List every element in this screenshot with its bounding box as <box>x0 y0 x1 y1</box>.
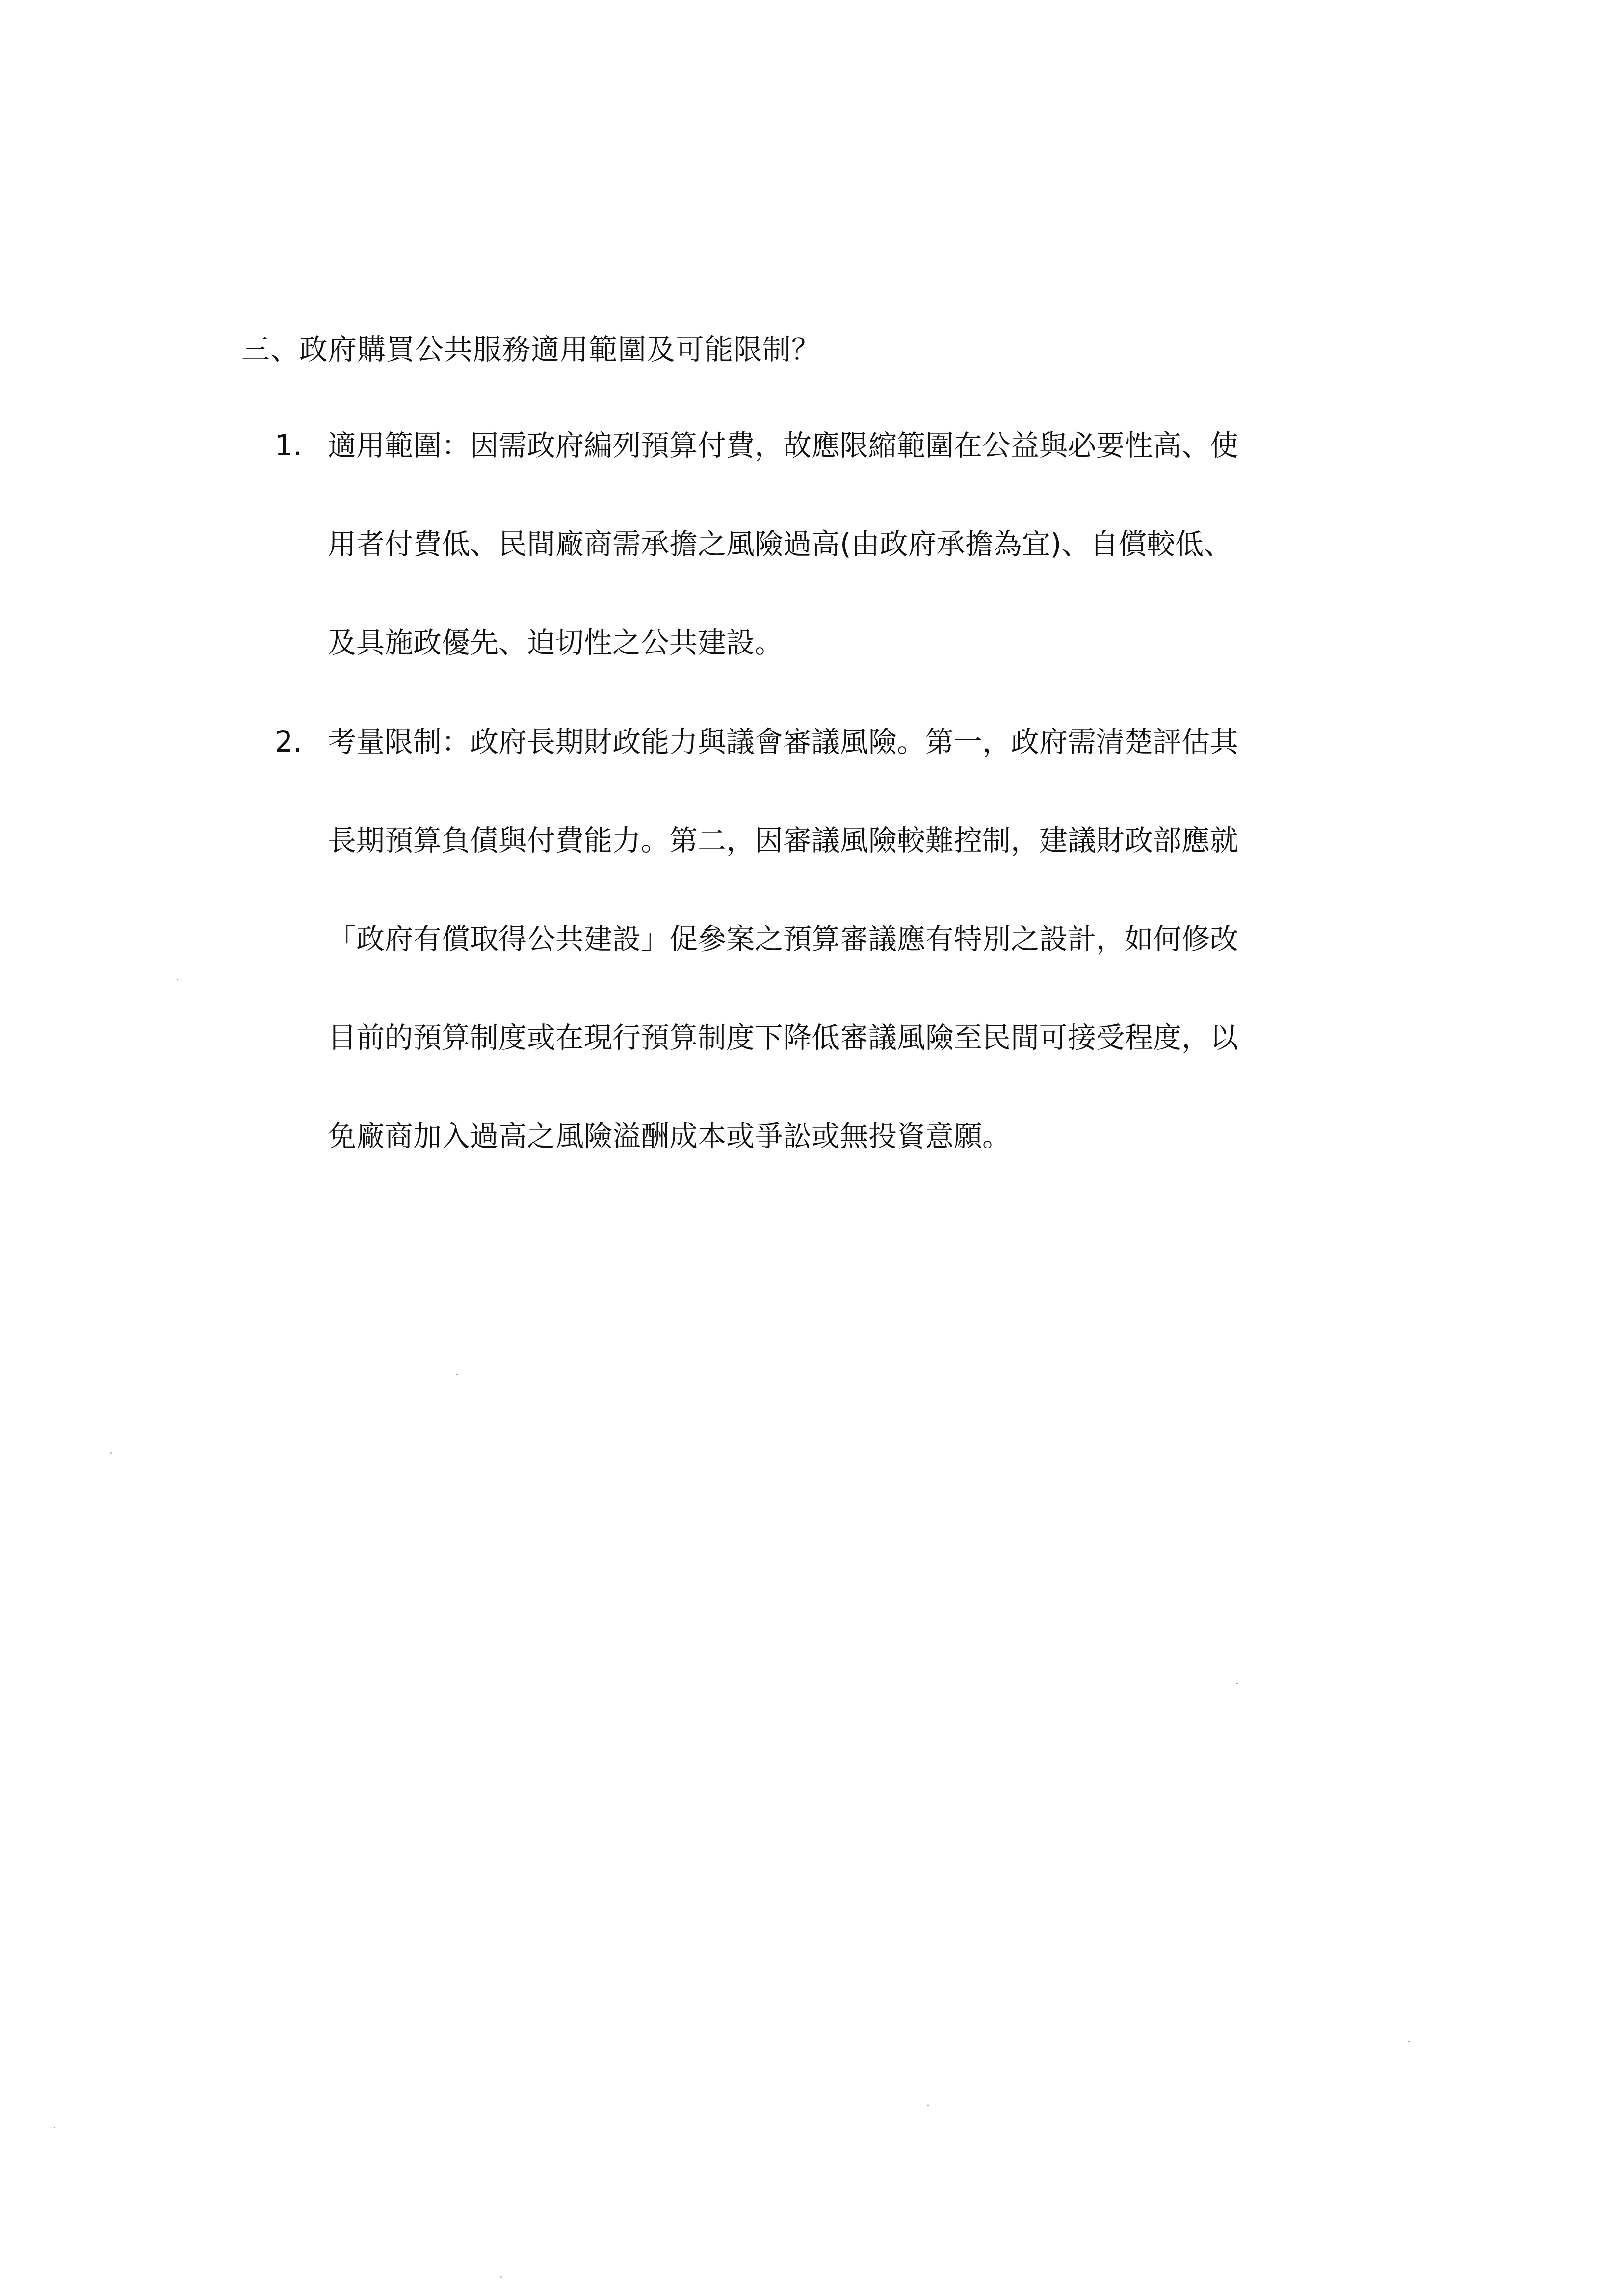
item-number: 2. <box>275 722 302 761</box>
scan-speck <box>500 2276 502 2278</box>
scan-speck <box>1408 2041 1410 2042</box>
text-line: 「政府有償取得公共建設」促參案之預算審議應有特別之設計，如何修改 <box>328 919 1238 1018</box>
text-line: 考量限制：政府長期財政能力與議會審議風險。第一，政府需清楚評估其 <box>328 722 1238 821</box>
scan-speck <box>927 2105 929 2106</box>
scan-speck <box>177 979 178 980</box>
text-line: 目前的預算制度或在現行預算制度下降低審議風險至民間可接受程度，以 <box>328 1018 1238 1117</box>
scan-speck <box>1236 1683 1238 1684</box>
text-line: 免廠商加入過高之風險溢酬成本或爭訟或無投資意願。 <box>328 1117 1238 1215</box>
scanned-page: 三、政府購買公共服務適用範圍及可能限制？ 1. 適用範圍：因需政府編列預算付費，… <box>0 0 1624 2296</box>
item-text: 考量限制：政府長期財政能力與議會審議風險。第一，政府需清楚評估其 長期預算負債與… <box>328 722 1238 1215</box>
text-line: 用者付費低、民間廠商需承擔之風險過高(由政府承擔為宜)、自償較低、 <box>328 524 1238 623</box>
text-line: 長期預算負債與付費能力。第二，因審議風險較難控制，建議財政部應就 <box>328 821 1238 919</box>
section-heading: 三、政府購買公共服務適用範圍及可能限制？ <box>241 330 820 369</box>
scan-speck <box>456 1374 458 1375</box>
scan-speck <box>110 1452 112 1454</box>
scan-speck <box>54 2127 55 2128</box>
text-line: 適用範圍：因需政府編列預算付費，故應限縮範圍在公益與必要性高、使 <box>328 426 1238 524</box>
item-number: 1. <box>275 426 302 465</box>
item-text: 適用範圍：因需政府編列預算付費，故應限縮範圍在公益與必要性高、使 用者付費低、民… <box>328 426 1238 722</box>
text-line: 及具施政優先、迫切性之公共建設。 <box>328 623 1238 722</box>
